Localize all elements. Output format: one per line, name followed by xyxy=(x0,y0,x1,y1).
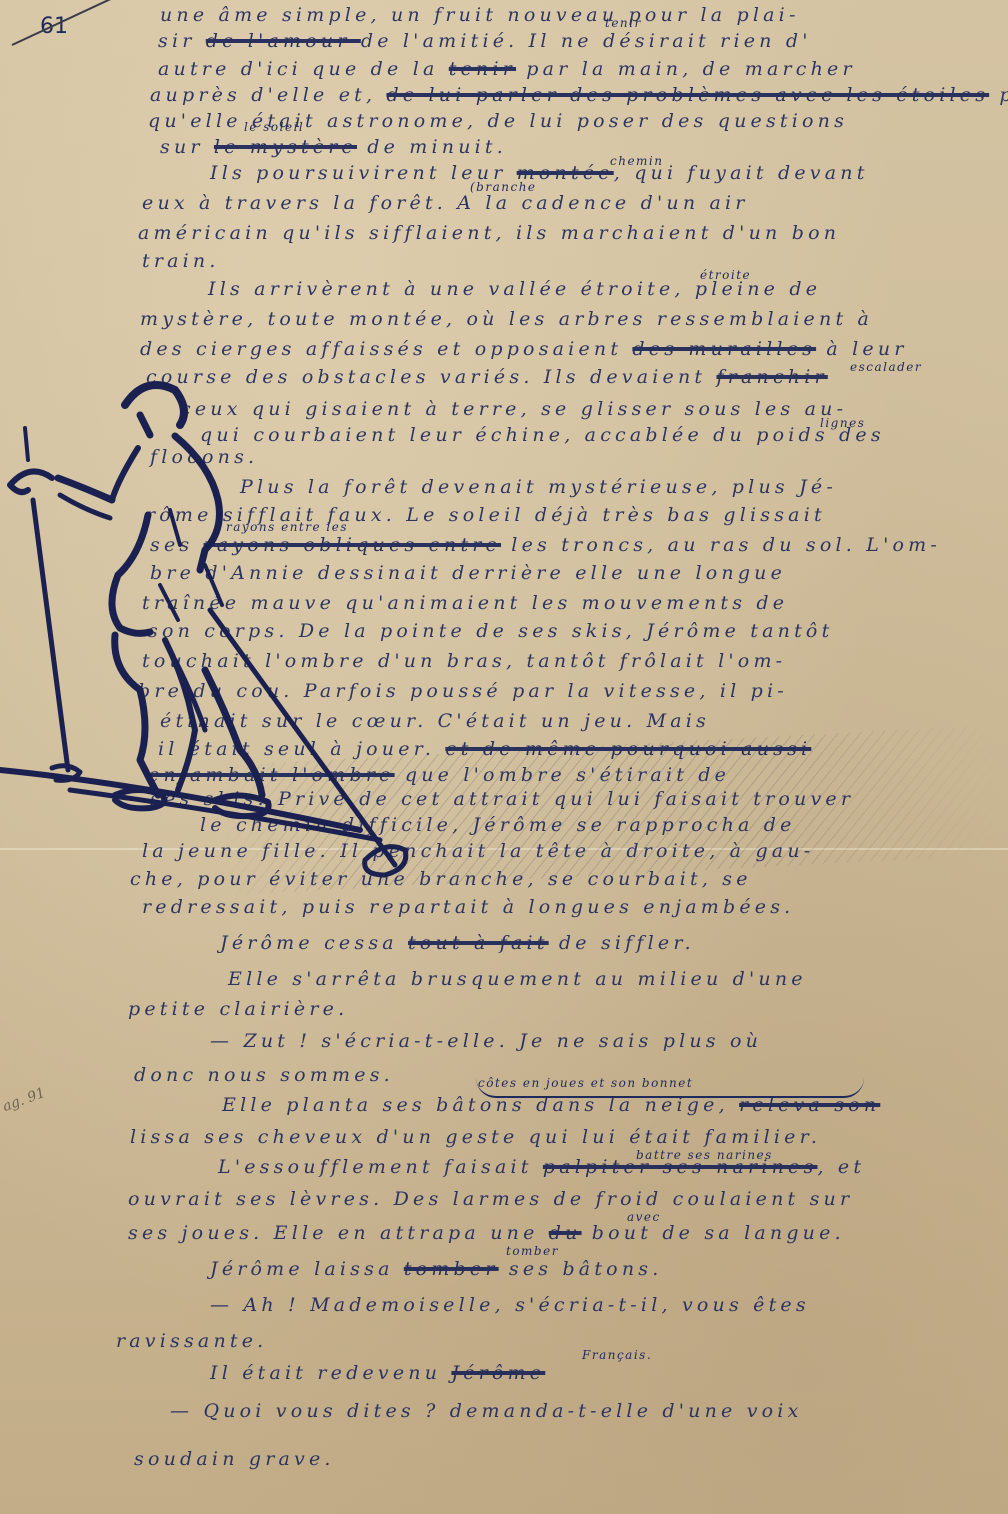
line-text: sir xyxy=(158,30,206,52)
line-text: train. xyxy=(142,250,220,272)
interlinear-correction: chemin xyxy=(610,154,664,168)
interlinear-correction: tomber xyxy=(506,1244,559,1258)
manuscript-line: soudain grave. xyxy=(134,1448,335,1470)
interlinear-correction: escalader xyxy=(850,360,922,374)
interlinear-correction: battre ses narines xyxy=(636,1148,773,1162)
line-text: soudain grave. xyxy=(134,1448,335,1470)
line-text-continued: de l'amitié. Il ne désirait rien d' xyxy=(361,30,812,52)
interlinear-correction: lignes xyxy=(820,416,865,430)
interlinear-correction: (branche xyxy=(470,180,537,194)
insertion-underline xyxy=(476,1078,864,1098)
manuscript-line: autre d'ici que de la tenir par la main,… xyxy=(158,58,856,80)
line-text: des cierges affaissés et opposaient xyxy=(140,338,632,360)
line-text-continued: , et xyxy=(817,1156,865,1178)
manuscript-page: 61 ag. 91 une âme simple, un fruit nouve… xyxy=(0,0,1008,1514)
manuscript-line: donc nous sommes. xyxy=(134,1064,394,1086)
line-text: eux à travers la forêt. A la cadence d'u… xyxy=(142,192,749,214)
manuscript-line: redressait, puis repartait à longues enj… xyxy=(142,896,794,918)
struck-through-text: et de même pourquoi aussi xyxy=(445,738,811,760)
line-text: autre d'ici que de la xyxy=(158,58,449,80)
line-text: redressait, puis repartait à longues enj… xyxy=(142,896,794,918)
manuscript-line: Ils poursuivirent leur montée, qui fuyai… xyxy=(210,162,869,184)
interlinear-correction: Français. xyxy=(582,1348,652,1362)
line-text-continued: les troncs, au ras du sol. L'om- xyxy=(501,534,941,556)
struck-through-text: tout à fait xyxy=(408,932,549,954)
skier-sketch xyxy=(0,370,420,890)
manuscript-line: sir de l'amour de l'amitié. Il ne désira… xyxy=(158,30,812,52)
manuscript-line: ouvrait ses lèvres. Des larmes de froid … xyxy=(128,1188,853,1210)
interlinear-correction: le soleil xyxy=(244,120,304,134)
line-text: petite clairière. xyxy=(128,998,348,1020)
struck-through-text: tenir xyxy=(449,58,516,80)
line-text-continued: bout de sa langue. xyxy=(582,1222,845,1244)
struck-through-text: Jérôme xyxy=(451,1362,545,1384)
line-text: Jérôme laissa xyxy=(210,1258,404,1280)
line-text-continued: puis xyxy=(989,84,1008,106)
interlinear-correction: étroite xyxy=(700,268,751,282)
page-number-slash xyxy=(12,0,140,46)
manuscript-line: Il était redevenu Jérôme xyxy=(210,1362,545,1384)
line-text: mystère, toute montée, où les arbres res… xyxy=(140,308,873,330)
struck-through-text: le mystère xyxy=(214,136,357,158)
manuscript-line: Jérôme laissa tomber ses bâtons. xyxy=(210,1258,662,1280)
line-text: auprès d'elle et, xyxy=(150,84,386,106)
manuscript-line: mystère, toute montée, où les arbres res… xyxy=(140,308,873,330)
manuscript-line: lissa ses cheveux d'un geste qui lui éta… xyxy=(130,1126,821,1148)
line-text-continued: ses bâtons. xyxy=(499,1258,663,1280)
manuscript-line: sur le mystère de minuit. xyxy=(160,136,507,158)
line-text-continued: par la main, de marcher xyxy=(516,58,856,80)
manuscript-line: eux à travers la forêt. A la cadence d'u… xyxy=(142,192,749,214)
line-text: américain qu'ils sifflaient, ils marchai… xyxy=(138,222,840,244)
manuscript-line: train. xyxy=(142,250,220,272)
manuscript-line: américain qu'ils sifflaient, ils marchai… xyxy=(138,222,840,244)
line-text: Elle s'arrêta brusquement au milieu d'un… xyxy=(228,968,807,990)
line-text: Il était redevenu xyxy=(210,1362,451,1384)
line-text: sur xyxy=(160,136,214,158)
line-text: ravissante. xyxy=(116,1330,267,1352)
line-text: Jérôme cessa xyxy=(220,932,408,954)
manuscript-line: petite clairière. xyxy=(128,998,348,1020)
manuscript-line: ses joues. Elle en attrapa une du bout d… xyxy=(128,1222,845,1244)
line-text: — Quoi vous dites ? demanda-t-elle d'une… xyxy=(170,1400,803,1422)
line-text: lissa ses cheveux d'un geste qui lui éta… xyxy=(130,1126,821,1148)
line-text: ouvrait ses lèvres. Des larmes de froid … xyxy=(128,1188,853,1210)
interlinear-correction: avec xyxy=(627,1210,661,1224)
manuscript-line: des cierges affaissés et opposaient des … xyxy=(140,338,908,360)
manuscript-line: une âme simple, un fruit nouveau pour la… xyxy=(160,4,800,26)
manuscript-line: Elle s'arrêta brusquement au milieu d'un… xyxy=(228,968,807,990)
struck-through-text: de l'amour xyxy=(206,30,361,52)
line-text-continued: à leur xyxy=(816,338,907,360)
struck-through-text: du xyxy=(549,1222,582,1244)
struck-through-text: de lui parler des problèmes avec les éto… xyxy=(386,84,989,106)
struck-through-text: franchir xyxy=(716,366,827,388)
struck-through-text: tomber xyxy=(404,1258,499,1280)
line-text: L'essoufflement faisait xyxy=(218,1156,543,1178)
interlinear-correction: tenir xyxy=(605,16,642,30)
margin-note: ag. 91 xyxy=(1,1085,48,1115)
manuscript-line: — Quoi vous dites ? demanda-t-elle d'une… xyxy=(170,1400,803,1422)
line-text-continued: de siffler. xyxy=(549,932,695,954)
manuscript-line: ravissante. xyxy=(116,1330,267,1352)
line-text: — Ah ! Mademoiselle, s'écria-t-il, vous … xyxy=(210,1294,810,1316)
line-text: — Zut ! s'écria-t-elle. Je ne sais plus … xyxy=(210,1030,762,1052)
line-text: donc nous sommes. xyxy=(134,1064,394,1086)
manuscript-line: — Ah ! Mademoiselle, s'écria-t-il, vous … xyxy=(210,1294,810,1316)
struck-through-text: des murailles xyxy=(632,338,816,360)
manuscript-line: Jérôme cessa tout à fait de siffler. xyxy=(220,932,695,954)
line-text: ses joues. Elle en attrapa une xyxy=(128,1222,549,1244)
line-text-continued: que l'ombre s'étirait de xyxy=(395,764,731,786)
manuscript-line: auprès d'elle et, de lui parler des prob… xyxy=(150,84,1008,106)
manuscript-line: — Zut ! s'écria-t-elle. Je ne sais plus … xyxy=(210,1030,762,1052)
line-text-continued: de minuit. xyxy=(357,136,507,158)
line-text: une âme simple, un fruit nouveau pour la… xyxy=(160,4,800,26)
